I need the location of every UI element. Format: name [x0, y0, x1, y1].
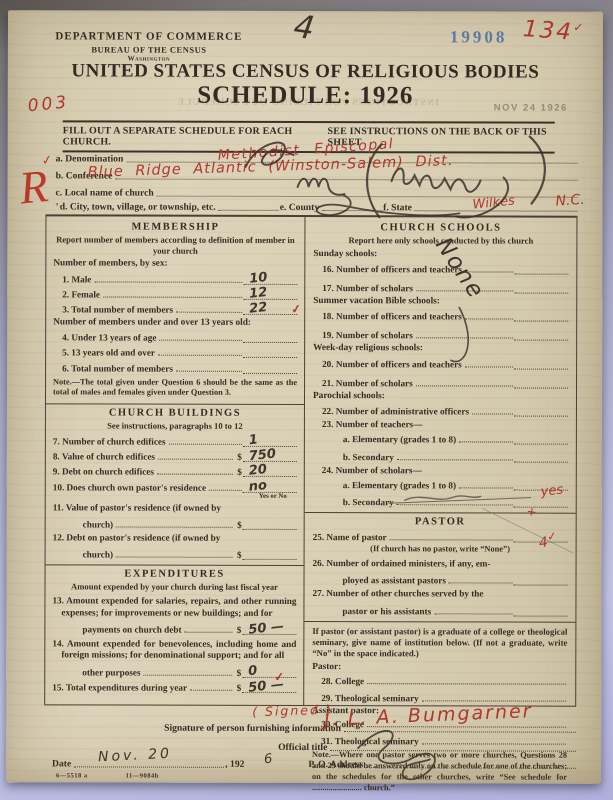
- handwritten-edifice-value: 750: [248, 448, 276, 464]
- field-local-name-label: c. Local name of church: [56, 187, 154, 198]
- question-17: 17. Number of scholars: [313, 281, 568, 294]
- q1-answer-blank: 10: [243, 272, 297, 284]
- date-label: Date: [52, 758, 71, 769]
- q27-tail-label: pastor or his assistants: [312, 606, 431, 616]
- dotted-rule: [397, 503, 513, 505]
- q26-answer-blank: [514, 574, 568, 586]
- handwritten-edifice-count: 1: [248, 434, 258, 448]
- question-6: 6. Total number of members: [53, 361, 297, 374]
- dotted-rule: [115, 178, 577, 181]
- question-3: 3. Total number of members22: [53, 302, 297, 315]
- handwritten-date: Nov. 20: [98, 747, 173, 765]
- field-city-label-text: d. City, town, village, or township, etc…: [60, 201, 216, 212]
- dotted-rule: [434, 612, 512, 614]
- form-code-1: 6—5518 a: [56, 772, 88, 779]
- question-5: 5. 13 years old and over: [53, 346, 297, 359]
- signature-label: Signature of person furnishing informati…: [164, 723, 341, 734]
- handwritten-female-count: 12: [249, 286, 268, 301]
- question-13-body: 13. Amount expended for salaries, repair…: [52, 596, 296, 621]
- question-25: 25. Name of pastor: [313, 530, 568, 543]
- parochial-schools-heading: Parochial schools:: [313, 391, 568, 402]
- red-page-number: 134✓: [522, 17, 586, 45]
- q23-label: 23. Number of teachers—: [313, 419, 422, 429]
- dotted-rule: [219, 209, 279, 211]
- membership-heading: MEMBERSHIP: [53, 221, 297, 233]
- dotted-rule: [459, 441, 513, 443]
- q4-label: 4. Under 13 years of age: [53, 333, 156, 343]
- dollar-sign: $: [237, 683, 242, 693]
- official-title-label: Official title: [278, 742, 327, 753]
- section-divider: [46, 565, 304, 567]
- dotted-rule: [158, 354, 242, 356]
- dotted-rule: [397, 458, 513, 460]
- dotted-rule: [190, 688, 233, 690]
- field-city-label: ’d. City, town, village, or township, et…: [55, 201, 215, 212]
- q7-label: 7. Number of church edifices: [53, 436, 166, 446]
- expenditures-heading: EXPENDITURES: [53, 569, 297, 581]
- q23a-label: a. Elementary (grades 1 to 8): [313, 434, 456, 444]
- section-divider: [304, 621, 575, 623]
- question-26-tail: ployed as assistant pastors: [313, 573, 568, 586]
- q1-label: 1. Male: [53, 274, 91, 284]
- q14-answer-blank: 0: [242, 665, 296, 677]
- dotted-rule: [116, 556, 233, 558]
- dotted-rule: [144, 673, 233, 675]
- q3-answer-blank: 22: [243, 303, 297, 315]
- question-13-tail: payments on church debt$50 —: [52, 623, 296, 636]
- q19-label: 19. Number of scholars: [313, 331, 413, 341]
- dotted-rule: [465, 365, 513, 367]
- question-21: 21. Number of scholars: [313, 376, 568, 389]
- dotted-rule: [366, 766, 576, 769]
- question-10: 10. Does church own pastor's residenceno: [53, 480, 297, 493]
- question-11-body: 11. Value of pastor's residence (if owne…: [53, 502, 297, 515]
- department-line: DEPARTMENT OF COMMERCE: [44, 30, 254, 44]
- handwritten-male-count: 10: [249, 271, 268, 286]
- red-check-question-15: ✓: [274, 670, 285, 686]
- q27-answer-blank: [513, 604, 567, 616]
- dotted-rule: [459, 486, 513, 488]
- sex-group-heading: Number of members, by sex:: [53, 259, 297, 270]
- q22-answer-blank: [514, 405, 568, 417]
- question-27-body: 27. Number of other churches served by t…: [312, 588, 567, 601]
- q26-tail-label: ployed as assistant pastors: [313, 575, 446, 585]
- q25-instruction: (If church has no pastor, write “None”): [313, 544, 568, 555]
- handwritten-total-members: 22: [249, 301, 268, 316]
- handwritten-expenses: 50 —: [248, 620, 285, 637]
- dotted-rule: [390, 539, 513, 541]
- age-group-heading: Number of members under and over 13 year…: [53, 317, 297, 328]
- q18-answer-blank: [514, 310, 568, 322]
- question-8: 8. Value of church edifices$750: [53, 450, 297, 463]
- dotted-rule: [185, 631, 233, 633]
- signed-annotation: ( Signed ): [252, 704, 333, 719]
- q18-label: 18. Number of officers and teachers: [313, 311, 462, 321]
- q9-label: 9. Debt on church edifices: [53, 467, 154, 477]
- q21-label: 21. Number of scholars: [313, 378, 413, 388]
- handwritten-state: N.C.: [555, 193, 585, 209]
- graduate-instruction: If pastor (or assistant pastor) is a gra…: [312, 626, 567, 661]
- q12-tail-label: church): [53, 550, 113, 560]
- official-title-line: Official title: [278, 742, 577, 754]
- red-margin-check: ✓: [40, 152, 53, 170]
- handwritten-yes-pastor: yes: [540, 484, 564, 499]
- q23a-answer-blank: [514, 433, 568, 445]
- dotted-rule: [367, 682, 566, 685]
- dotted-rule: [209, 488, 242, 490]
- q13-tail-label: payments on church debt: [52, 625, 181, 635]
- form-title: UNITED STATES CENSUS OF RELIGIOUS BODIES: [8, 60, 603, 84]
- dollar-sign: $: [237, 550, 242, 560]
- dotted-rule: [169, 443, 242, 445]
- red-plus-mark: +: [526, 505, 538, 518]
- field-state-label: f. State: [383, 202, 412, 213]
- serial-number-stamp: 19908: [450, 27, 508, 47]
- question-7: 7. Number of church edifices1: [53, 434, 297, 447]
- field-county-label: e. County: [280, 202, 319, 213]
- q3-label: 3. Total number of members: [53, 304, 173, 314]
- question-14-body: 14. Amount expended for benevolences, in…: [52, 638, 296, 663]
- question-28: 28. College: [312, 676, 567, 687]
- membership-subheading: Report number of members according to de…: [53, 234, 297, 256]
- red-code-annotation: 003: [27, 94, 70, 115]
- q24a-label: a. Elementary (grades 1 to 8): [313, 480, 456, 490]
- question-27-tail: pastor or his assistants: [312, 604, 567, 617]
- po-address-label: P. O. Address: [308, 759, 363, 770]
- weekday-schools-heading: Week-day religious schools:: [313, 344, 568, 355]
- q17-label: 17. Number of scholars: [313, 283, 413, 293]
- dotted-rule: [103, 295, 242, 297]
- question-18: 18. Number of officers and teachers: [313, 309, 568, 322]
- dollar-sign: $: [237, 467, 242, 477]
- q9-answer-blank: 20: [243, 465, 297, 477]
- dotted-rule: [416, 337, 513, 339]
- dollar-sign: $: [237, 667, 242, 677]
- question-15: 15. Total expenditures during year$50 —: [52, 680, 296, 693]
- dotted-rule: [94, 280, 242, 282]
- handwritten-benevolences: 0: [248, 664, 258, 678]
- q21-answer-blank: [514, 376, 568, 388]
- q24-label: 24. Number of scholars—: [313, 465, 422, 475]
- dollar-sign: $: [237, 452, 242, 462]
- handwritten-churches-served: 4✓: [538, 530, 559, 550]
- pastor-note: Note.—Where one pastor serves two or mor…: [312, 750, 567, 794]
- dotted-rule: [176, 369, 242, 371]
- q25-label: 25. Name of pastor: [313, 532, 387, 542]
- question-4: 4. Under 13 years of age: [53, 331, 297, 344]
- question-14-tail: other purposes$0: [52, 665, 296, 678]
- q24b-label: b. Secondary: [313, 497, 394, 507]
- q22-label: 22. Number of administrative officers: [313, 406, 469, 416]
- q13-answer-blank: 50 —: [242, 623, 296, 635]
- q8-label: 8. Value of church edifices: [53, 452, 155, 462]
- dotted-rule: [449, 582, 513, 584]
- q15-label: 15. Total expenditures during year: [52, 682, 187, 692]
- q17-answer-blank: [514, 282, 568, 294]
- q14-tail-label: other purposes: [52, 667, 140, 677]
- received-date-stamp: NOV 24 1926: [494, 102, 568, 113]
- handwritten-residence-answer: no: [248, 479, 267, 494]
- question-19: 19. Number of scholars: [313, 329, 568, 342]
- dotted-rule: [157, 473, 233, 475]
- handwritten-edifice-debt: 20: [248, 463, 267, 478]
- q6-label: 6. Total number of members: [53, 363, 173, 373]
- red-page-number-value: 134: [522, 16, 574, 46]
- question-23b: b. Secondary: [313, 450, 568, 463]
- q12-answer-blank: [243, 548, 297, 560]
- buildings-subheading: See instructions, paragraphs 10 to 12: [53, 420, 297, 431]
- q8-answer-blank: 750: [243, 450, 297, 462]
- red-tick-mark: ’: [55, 201, 58, 212]
- red-check-question-27: ✓: [546, 528, 558, 543]
- pastor-label: Pastor:: [312, 662, 567, 673]
- dotted-rule: [416, 384, 513, 386]
- buildings-heading: CHURCH BUILDINGS: [53, 407, 297, 419]
- q10-answer-blank: no: [243, 480, 297, 492]
- q16-answer-blank: [514, 262, 568, 274]
- q23b-answer-blank: [514, 450, 568, 462]
- q28-label: 28. College: [312, 676, 364, 686]
- q11-tail-label: church): [53, 519, 113, 529]
- question-26-body: 26. Number of ordained ministers, if any…: [313, 558, 568, 571]
- question-24: 24. Number of scholars—: [313, 465, 568, 476]
- red-check-mark: ✓: [573, 20, 586, 35]
- q2-label: 2. Female: [53, 289, 100, 299]
- form-edition-codes: 6—5518 a11—9084b: [56, 772, 197, 779]
- dollar-sign: $: [237, 625, 242, 635]
- dotted-rule: [158, 458, 233, 460]
- q5-label: 5. 13 years old and over: [53, 348, 155, 358]
- summer-schools-heading: Summer vacation Bible schools:: [313, 296, 568, 307]
- dollar-sign: $: [237, 520, 242, 530]
- dotted-rule: [322, 209, 382, 211]
- handwritten-year-digit: 6: [264, 753, 273, 767]
- dotted-rule: [344, 730, 576, 733]
- section-divider: [46, 403, 304, 405]
- dotted-rule: [465, 318, 513, 320]
- q6-answer-blank: [243, 361, 297, 373]
- question-22: 22. Number of administrative officers: [313, 404, 568, 417]
- q2-answer-blank: 12: [243, 288, 297, 300]
- q19-answer-blank: [514, 329, 568, 341]
- year-printed: , 192: [225, 759, 244, 770]
- dotted-rule: [472, 412, 513, 414]
- q15-answer-blank: 50 —: [242, 681, 296, 693]
- dotted-rule: [116, 525, 233, 527]
- q23b-label: b. Secondary: [313, 452, 394, 462]
- red-check-question-18: ✓: [290, 301, 302, 317]
- dotted-rule: [330, 749, 576, 752]
- question-23a: a. Elementary (grades 1 to 8): [313, 432, 568, 445]
- question-23: 23. Number of teachers—: [313, 419, 568, 430]
- question-20: 20. Number of officers and teachers: [313, 357, 568, 370]
- department-block: DEPARTMENT OF COMMERCE BUREAU OF THE CEN…: [44, 30, 254, 64]
- q16-label: 16. Number of officers and teachers: [313, 264, 462, 274]
- q11-answer-blank: [243, 518, 297, 530]
- question-12-body: 12. Debt on pastor's residence (if owned…: [53, 532, 297, 545]
- form-code-2: 11—9084b: [126, 773, 159, 780]
- question-1: 1. Male10: [53, 272, 297, 285]
- q4-answer-blank: [243, 331, 297, 343]
- q20-answer-blank: [514, 357, 568, 369]
- question-11-tail: church)$: [53, 517, 297, 530]
- q7-answer-blank: 1: [243, 435, 297, 447]
- question-2: 2. Female12: [53, 287, 297, 300]
- census-schedule-document: DEPARTMENT OF COMMERCE BUREAU OF THE CEN…: [6, 10, 603, 784]
- field-denomination-label: a. Denomination: [56, 153, 124, 164]
- question-12-tail: church)$: [53, 548, 297, 561]
- q10-label: 10. Does church own pastor's residence: [53, 482, 206, 492]
- question-24a: a. Elementary (grades 1 to 8): [313, 478, 568, 491]
- left-column: MEMBERSHIP Report number of members acco…: [45, 216, 304, 705]
- schedule-body: MEMBERSHIP Report number of members acco…: [44, 214, 577, 706]
- bureau-line: BUREAU OF THE CENSUS: [44, 44, 254, 55]
- dotted-rule: [176, 311, 242, 313]
- dotted-rule: [74, 765, 224, 767]
- dotted-rule: [159, 339, 242, 341]
- schools-heading: CHURCH SCHOOLS: [313, 222, 568, 234]
- membership-note: Note.—The total given under Question 6 s…: [53, 377, 297, 399]
- right-column: CHURCH SCHOOLS Report here only schools …: [303, 217, 576, 706]
- q5-answer-blank: [243, 346, 297, 358]
- expenditures-subheading: Amount expended by your church during la…: [52, 582, 296, 593]
- handwritten-sheet-number: 4: [292, 10, 317, 45]
- question-9: 9. Debt on church edifices$20: [53, 465, 297, 478]
- q20-label: 20. Number of officers and teachers: [313, 359, 462, 369]
